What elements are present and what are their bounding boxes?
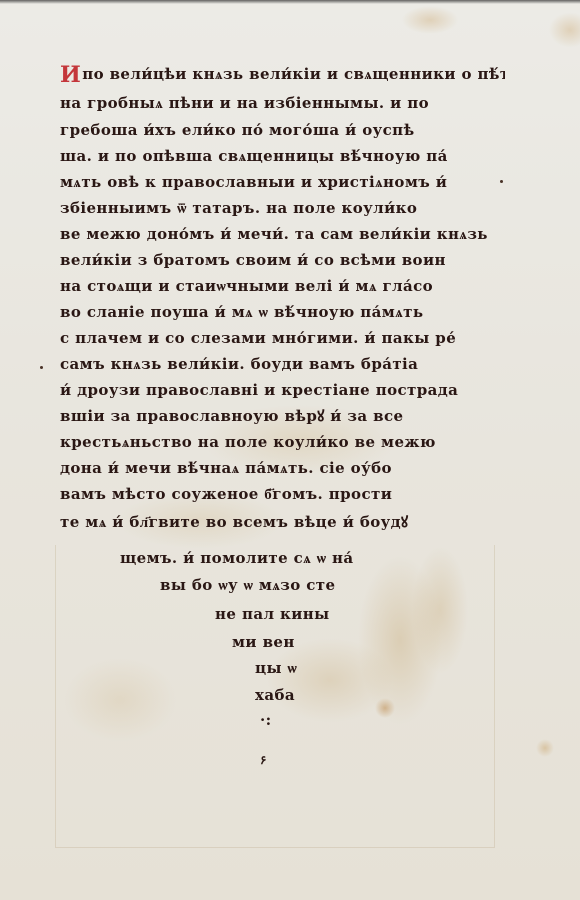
text-line-19: щемъ. и́ помолите сѧ ѡ на́ <box>120 548 440 568</box>
text-line-1: Ипо вели́цѣи кнѧзь вели́кiи и свѧщенники… <box>60 64 505 85</box>
text-line-15: крестьѧньство на поле коули́ко ве межю <box>60 432 505 452</box>
margin-dot <box>40 366 43 369</box>
text-line-8: вели́кiи з братомъ своим и́ со всѣми вои… <box>60 250 505 270</box>
text-line-26-mark: ۶ <box>260 750 290 770</box>
text-line-3: гребоша и́хъ ели́ко по́ мого́ша и́ оуспѣ <box>60 120 505 140</box>
text-line-13: и́ дроузи православнi и крестiане постра… <box>60 380 505 400</box>
text-line-17: вамъ мѣсто соуженое б҃гомъ. прости <box>60 484 505 504</box>
margin-dot <box>500 180 503 183</box>
text-line-9: на стоѧщи и стаиѡчными велi и́ мѧ гла́со <box>60 276 505 296</box>
text-line-20: вы бо ѡу ѡ мѧзо сте <box>160 575 400 595</box>
text-line-21: не пал кины <box>215 604 355 624</box>
text-line-6: збiенныимъ ѿ татаръ. на поле коули́ко <box>60 198 505 218</box>
text-line-12: самъ кнѧзь вели́кiи. боуди вамъ бра́тiа <box>60 354 505 374</box>
text-line-2: на гробныѧ пѣни и на избiеннымы. и по <box>60 93 505 113</box>
page-top-edge-shadow <box>0 0 580 4</box>
text-line-18: те мѧ и́ бл҃гвите во всемъ вѣце и́ боудꙋ <box>60 512 505 532</box>
text-line-22: ми вен <box>232 632 332 652</box>
manuscript-page: Ипо вели́цѣи кнѧзь вели́кiи и свѧщенники… <box>0 0 580 900</box>
text-line-7: ве межю доно́мъ и́ мечи́. та сам вели́кi… <box>60 224 505 244</box>
text-line-25-end-mark: ·: <box>260 710 300 730</box>
text-line-5: мѧть овѣ к православныи и христiѧномъ и́ <box>60 172 505 192</box>
text-line-23: цы ѡ <box>255 658 315 678</box>
text-line-11: с плачем и со слезами мно́гими. и́ пакы … <box>60 328 505 348</box>
text-line-24: хаба <box>255 685 315 705</box>
text-line-16: дона и́ мечи вѣ́чнаѧ па́мѧть. сiе оу́бо <box>60 458 505 478</box>
text-line-14: вшiи за православноую вѣрꙋ и́ за все <box>60 406 505 426</box>
text-line-10: во сланiе поуша и́ мѧ ѡ вѣ́чноую па́мѧть <box>60 302 505 322</box>
text-line-4: ша. и по опѣвша свѧщенницы вѣ́чноую па́ <box>60 146 505 166</box>
rubricated-initial: И <box>60 65 81 85</box>
